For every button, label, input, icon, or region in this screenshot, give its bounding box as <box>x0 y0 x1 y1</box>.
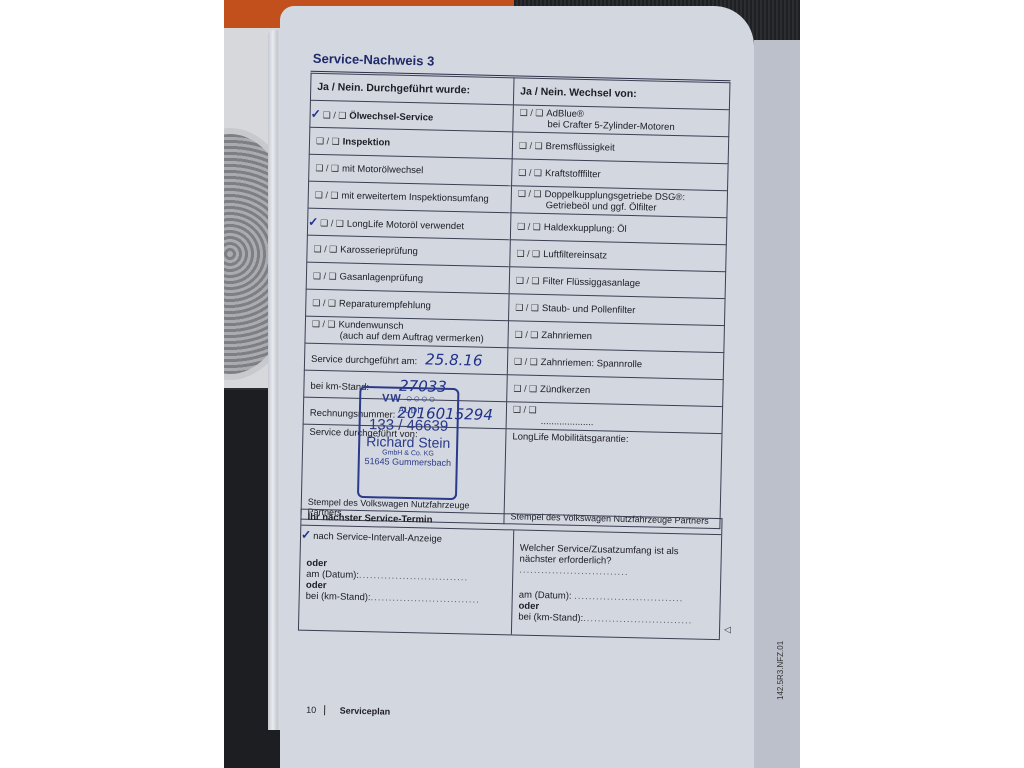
interval-option[interactable]: ✓nach Service-Intervall-Anzeige <box>307 528 507 547</box>
checkbox-pair[interactable]: ❑ / ❑ <box>320 218 344 229</box>
service-record-sheet: Service-Nachweis 3 Ja / Nein. Durchgefüh… <box>263 10 750 768</box>
page-title: Service-Nachweis 3 <box>313 51 435 69</box>
checkbox-pair[interactable]: ❑ / ❑ <box>519 140 543 151</box>
next-service-box: Ihr nächster Service-Termin ✓nach Servic… <box>298 509 723 641</box>
checkbox-pair[interactable]: ❑ / ❑ <box>513 383 537 394</box>
checkbox-pair[interactable]: ❑ / ❑ <box>313 270 337 281</box>
checkbox-pair[interactable]: ❑ / ❑ <box>315 189 339 200</box>
checkbox-pair[interactable]: ❑ / ❑ <box>516 248 540 259</box>
checkbox-pair[interactable]: ❑ / ❑ <box>316 135 340 146</box>
check-mark-icon: ✓ <box>301 528 311 542</box>
checkbox-pair[interactable]: ❑ / ❑ <box>518 167 542 178</box>
page-footer: 10 Serviceplan <box>306 705 390 717</box>
checkbox-pair[interactable]: ❑ / ❑ <box>513 404 537 415</box>
checkbox-pair[interactable]: ❑ / ❑ <box>515 302 539 313</box>
checkbox-pair[interactable]: ❑ / ❑ <box>312 319 336 330</box>
checkbox-pair[interactable]: ❑ / ❑ <box>312 297 336 308</box>
arrow-icon: ◁ <box>724 624 731 635</box>
checkbox-pair[interactable]: ❑ / ❑ <box>323 110 347 121</box>
page-number: 10 <box>306 705 325 715</box>
checkbox-pair[interactable]: ❑ / ❑ <box>520 107 544 118</box>
check-mark-icon: ✓ <box>310 107 320 121</box>
checkbox-pair[interactable]: ❑ / ❑ <box>313 243 337 254</box>
checkbox-pair[interactable]: ❑ / ❑ <box>514 356 538 367</box>
checkbox-pair[interactable]: ❑ / ❑ <box>517 221 541 232</box>
dealer-stamp: VW ○○○○ AUDI 133 / 46639 Richard Stein G… <box>357 386 460 500</box>
checkbox-pair[interactable]: ❑ / ❑ <box>516 275 540 286</box>
section-name: Serviceplan <box>340 706 391 717</box>
checkbox-pair[interactable]: ❑ / ❑ <box>518 188 542 199</box>
check-mark-icon: ✓ <box>308 215 318 229</box>
checkbox-pair[interactable]: ❑ / ❑ <box>315 162 339 173</box>
document-code: 142.5R3.NFZ.01 <box>776 641 785 700</box>
checkbox-pair[interactable]: ❑ / ❑ <box>515 329 539 340</box>
service-date-value: 25.8.16 <box>425 350 483 369</box>
